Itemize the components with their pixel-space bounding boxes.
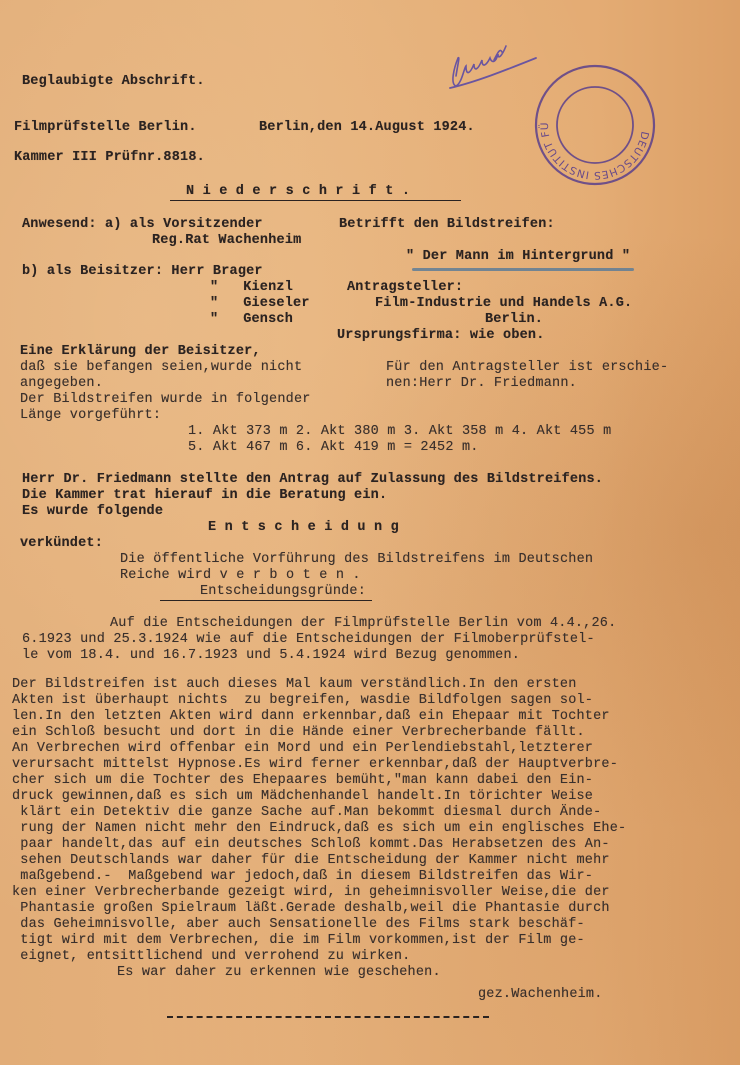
reasons-body-line: verursacht mittelst Hypnose.Es wird fern… bbox=[12, 757, 618, 773]
reasons-body-line: druck gewinnen,daß es sich um Mädchenhan… bbox=[12, 789, 593, 805]
signed-by: gez.Wachenheim. bbox=[478, 987, 603, 1003]
applicant-name: Film-Industrie und Handels A.G. bbox=[375, 296, 632, 312]
decision-heading: E n t s c h e i d u n g bbox=[208, 520, 399, 536]
place-date: Berlin,den 14.August 1924. bbox=[259, 120, 475, 136]
proceedings-line: Herr Dr. Friedmann stellte den Antrag au… bbox=[22, 472, 603, 488]
applicant-city: Berlin. bbox=[485, 312, 543, 328]
film-title: " Der Mann im Hintergrund " bbox=[406, 249, 630, 265]
assessor-item: " Gensch bbox=[210, 312, 293, 328]
reasons-body-line: rung der Namen nicht mehr den Eindruck,d… bbox=[12, 821, 626, 837]
verdict-line: Reiche wird v e r b o t e n . bbox=[120, 568, 361, 584]
assessor-item: " Kienzl bbox=[210, 280, 293, 296]
chamber-number: Kammer III Prüfnr.8818. bbox=[14, 150, 205, 166]
handwritten-signature-icon bbox=[436, 38, 546, 98]
reasons-body-line: ken einer Verbrecherbande gezeigt wird, … bbox=[12, 885, 610, 901]
reasons-body-line: len.In den letzten Akten wird dann erken… bbox=[12, 709, 610, 725]
reasons-body-line: das Geheimnisvolle, aber auch Sensatione… bbox=[12, 917, 585, 933]
reasons-body-line: Akten ist überhaupt nichts zu begreifen,… bbox=[12, 693, 593, 709]
declaration-line: Der Bildstreifen wurde in folgender bbox=[20, 392, 311, 408]
act-lengths-line: 5. Akt 467 m 6. Akt 419 m = 2452 m. bbox=[188, 440, 479, 456]
reasons-body-line: Phantasie großen Spielraum läßt.Gerade d… bbox=[12, 901, 610, 917]
applicant-label: Antragsteller: bbox=[347, 280, 463, 296]
reasons-body-line: An Verbrechen wird offenbar ein Mord und… bbox=[12, 741, 593, 757]
reference-line: 6.1923 und 25.3.1924 wie auf die Entsche… bbox=[22, 632, 595, 648]
reasons-body-line: cher sich um die Tochter des Ehepaares b… bbox=[12, 773, 593, 789]
conclusion: Es war daher zu erkennen wie geschehen. bbox=[117, 965, 441, 981]
representative-line: Für den Antragsteller ist erschie- bbox=[386, 360, 668, 376]
declaration-line: Länge vorgeführt: bbox=[20, 408, 161, 424]
reasons-body-line: sehen Deutschlands war daher für die Ent… bbox=[12, 853, 610, 869]
proceedings-line: Es wurde folgende bbox=[22, 504, 163, 520]
office-name: Filmprüfstelle Berlin. bbox=[14, 120, 197, 136]
reasons-body-line: maßgebend.- Maßgebend war jedoch,daß in … bbox=[12, 869, 593, 885]
verdict-line: Die öffentliche Vorführung des Bildstrei… bbox=[120, 552, 593, 568]
reasons-body-line: Der Bildstreifen ist auch dieses Mal kau… bbox=[12, 677, 577, 693]
announced-label: verkündet: bbox=[20, 536, 103, 552]
reasons-body-line: ein Schloß besucht und dort in die Hände… bbox=[12, 725, 585, 741]
reasons-body-line: paar handelt,das auf ein deutsches Schlo… bbox=[12, 837, 610, 853]
attendance-assessors-label: b) als Beisitzer: Herr Brager bbox=[22, 264, 263, 280]
film-title-underline bbox=[412, 268, 634, 271]
institute-stamp-icon: DEUTSCHES INSTITUT FÜR FILMKUNDE E.V. ✱ bbox=[533, 63, 657, 187]
declaration-line: Eine Erklärung der Beisitzer, bbox=[20, 344, 261, 360]
document-type: Beglaubigte Abschrift. bbox=[22, 74, 205, 90]
reasons-body-line: klärt ein Detektiv die ganze Sache auf.M… bbox=[12, 805, 601, 821]
representative-line: nen:Herr Dr. Friedmann. bbox=[386, 376, 577, 392]
origin-company: Ursprungsfirma: wie oben. bbox=[337, 328, 545, 344]
reasons-body-line: tigt wird mit dem Verbrechen, die im Fil… bbox=[12, 933, 585, 949]
reference-line: Auf die Entscheidungen der Filmprüfstell… bbox=[110, 616, 616, 632]
assessor-item: " Gieseler bbox=[210, 296, 310, 312]
attendance-chair-label: Anwesend: a) als Vorsitzender bbox=[22, 217, 263, 233]
reference-line: le vom 18.4. und 16.7.1923 und 5.4.1924 … bbox=[22, 648, 520, 664]
proceedings-line: Die Kammer trat hierauf in die Beratung … bbox=[22, 488, 387, 504]
declaration-line: angegeben. bbox=[20, 376, 103, 392]
film-subject-label: Betrifft den Bildstreifen: bbox=[339, 217, 555, 233]
attendance-chair-name: Reg.Rat Wachenheim bbox=[152, 233, 301, 249]
page-title: N i e d e r s c h r i f t . bbox=[170, 184, 461, 201]
declaration-line: daß sie befangen seien,wurde nicht bbox=[20, 360, 302, 376]
reasons-body-line: eignet, entsittlichend und verrohend zu … bbox=[12, 949, 410, 965]
closing-rule bbox=[167, 1016, 489, 1018]
act-lengths-line: 1. Akt 373 m 2. Akt 380 m 3. Akt 358 m 4… bbox=[188, 424, 611, 440]
reasons-heading: Entscheidungsgründe: bbox=[160, 584, 372, 601]
